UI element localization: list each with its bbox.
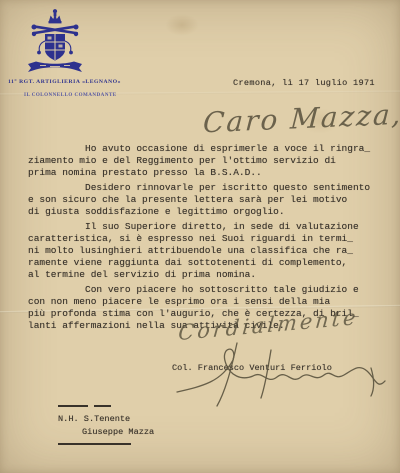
paragraph-1: Ho avuto occasione di esprimerle a voce … xyxy=(28,143,378,179)
recipient-block: N.H. S.Tenente Giuseppe Mazza xyxy=(58,400,154,447)
handwritten-salutation: Caro Mazza, xyxy=(202,98,400,140)
recipient-rule-bottom xyxy=(58,443,131,445)
regiment-crest-icon xyxy=(26,8,84,79)
letter-photo: 11° RGT. ARTIGLIERIA «LEGNANO» IL COLONN… xyxy=(0,0,400,473)
letterhead-regiment: 11° RGT. ARTIGLIERIA «LEGNANO» xyxy=(8,78,121,84)
letterhead-commander: IL COLONNELLO COMANDANTE xyxy=(24,92,117,97)
paper-stain xyxy=(165,14,199,36)
paragraph-3: Il suo Superiore diretto, in sede di val… xyxy=(28,221,378,281)
letter-body: Ho avuto occasione di esprimerle a voce … xyxy=(28,143,378,335)
recipient-name: Giuseppe Mazza xyxy=(58,426,154,439)
handwritten-signature xyxy=(175,340,390,410)
recipient-rule-top xyxy=(58,400,154,413)
paragraph-2: Desidero rinnovarle per iscritto questo … xyxy=(28,182,378,218)
date-line: Cremona, lì 17 luglio 1971 xyxy=(233,78,375,88)
recipient-rank: N.H. S.Tenente xyxy=(58,413,154,426)
